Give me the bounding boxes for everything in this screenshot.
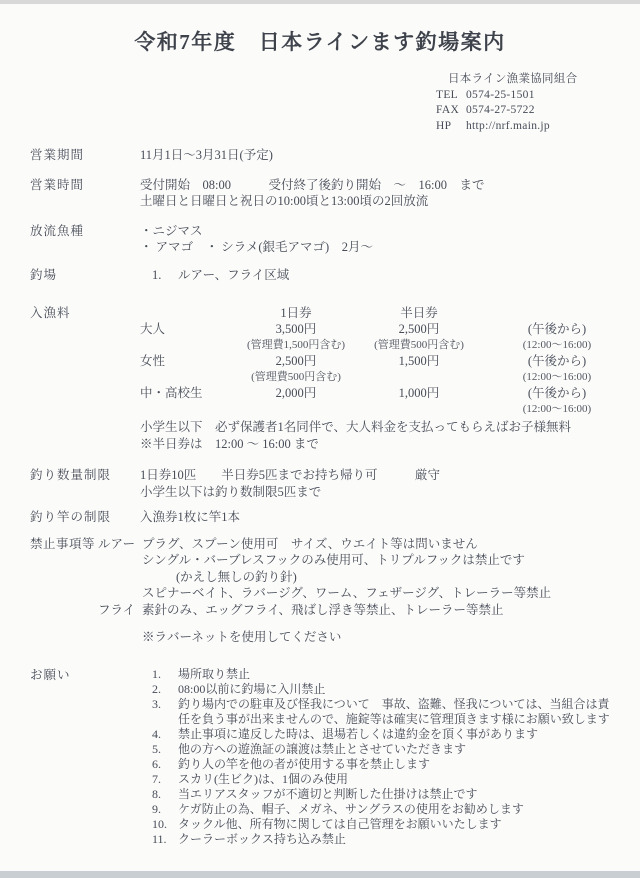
request-item: 4.禁止事項に違反した時は、退場若しくは違約金を頂く事があります (140, 727, 612, 742)
section-label: 営業期間 (30, 147, 140, 164)
fly-rule-line: 素針のみ、エッグフライ、飛ばし浮き等禁止、トレーラー等禁止 (142, 602, 612, 619)
item-text: ケガ防止の為、帽子、メガネ、サングラスの使用をお勧めします (178, 802, 612, 817)
section-business-hours: 営業時間 受付開始 08:00 受付終了後釣り開始 ～ 16:00 まで 土曜日… (0, 177, 640, 210)
organization-name: 日本ライン漁業協同組合 (436, 72, 614, 88)
hp-line: HPhttp://nrf.main.jp (436, 119, 614, 135)
business-hours-line1: 受付開始 08:00 受付終了後釣り開始 ～ 16:00 まで (140, 177, 612, 194)
section-label: お願い (30, 667, 140, 847)
item-number: 4. (152, 727, 178, 742)
item-number: 6. (152, 757, 178, 772)
fee-adult-sub-note: (12:00～16:00) (478, 337, 636, 353)
item-number: 11. (152, 832, 178, 847)
fee-header-day-ticket: 1日券 (232, 305, 360, 321)
request-item: 3.釣り場内での駐車及び怪我について 事故、盗難、怪我については、当組合は責任を… (140, 697, 612, 727)
fee-student-note: (午後から) (478, 385, 636, 401)
section-label: 禁止事項等 (30, 536, 98, 553)
fax-label: FAX (436, 103, 466, 119)
item-text: 08:00以前に釣場に入川禁止 (178, 682, 612, 697)
fee-adult-note: (午後から) (478, 321, 636, 337)
section-requests: お願い 1.場所取り禁止 2.08:00以前に釣場に入川禁止 3.釣り場内での駐… (0, 667, 640, 847)
section-prohibited: 禁止事項等 ルアー プラグ、スプーン使用可 サイズ、ウエイト等は問いません シン… (0, 536, 640, 646)
lure-rule-line: シングル・バーブレスフックのみ使用可、トリプルフックは禁止です (142, 552, 612, 569)
item-text: 釣り場内での駐車及び怪我について 事故、盗難、怪我については、当組合は責任を負う… (178, 697, 612, 727)
fee-adult-sub-day: (管理費1,500円含む) (232, 337, 360, 353)
lure-sublabel: ルアー (98, 536, 142, 553)
scan-edge-top (0, 0, 640, 4)
fee-women-sub-day: (管理費500円含む) (232, 369, 360, 385)
lure-rule-line: プラグ、スプーン使用可 サイズ、ウエイト等は問いません (142, 536, 612, 553)
item-text: スカリ(生ビク)は、1個のみ使用 (178, 772, 612, 787)
item-number: 10. (152, 817, 178, 832)
section-label: 営業時間 (30, 177, 140, 210)
scan-edge-bottom (0, 871, 640, 878)
section-fishing-area: 釣場 1. ルアー、フライ区域 (0, 267, 640, 284)
item-text: タックル他、所有物に関しては自己管理をお願いいたします (178, 817, 612, 832)
catch-limit-line2: 小学生以下は釣り数制限5匹まで (140, 484, 612, 501)
section-label: 釣り竿の制限 (30, 509, 140, 526)
request-item: 5.他の方への遊漁証の譲渡は禁止とさせていただきます (140, 742, 612, 757)
fee-header-half-day-ticket: 半日券 (360, 305, 478, 321)
item-number: 7. (152, 772, 178, 787)
fly-sublabel: フライ (98, 602, 142, 619)
item-number: 8. (152, 787, 178, 802)
fee-half-day-note: ※半日券は 12:00 ～ 16:00 まで (140, 436, 636, 452)
fish-line2: ・ アマゴ ・ シラメ(銀毛アマゴ) 2月～ (140, 239, 612, 256)
tel-number: 0574-25-1501 (466, 89, 535, 101)
rod-limit-value: 入漁券1枚に竿1本 (140, 509, 612, 526)
page-title: 令和7年度 日本ラインます釣場案内 (0, 26, 640, 56)
fee-student-sub-note: (12:00～16:00) (478, 401, 636, 417)
scanned-document-page: 令和7年度 日本ラインます釣場案内 日本ライン漁業協同組合 TEL0574-25… (0, 0, 640, 878)
item-text: 釣り人の竿を他の者が使用する事を禁止します (178, 757, 612, 772)
item-number: 1. (152, 667, 178, 682)
item-text: 他の方への遊漁証の譲渡は禁止とさせていただきます (178, 742, 612, 757)
request-item: 11.クーラーボックス持ち込み禁止 (140, 832, 612, 847)
request-item: 1.場所取り禁止 (140, 667, 612, 682)
request-item: 10.タックル他、所有物に関しては自己管理をお願いいたします (140, 817, 612, 832)
fishing-area-line: 1. ルアー、フライ区域 (140, 267, 612, 284)
catch-limit-line1: 1日券10匹 半日券5匹までお持ち帰り可 厳守 (140, 467, 612, 484)
hp-url: http://nrf.main.jp (466, 120, 550, 132)
item-number: 2. (152, 682, 178, 697)
fee-women-half: 1,500円 (360, 353, 478, 369)
request-item: 7.スカリ(生ビク)は、1個のみ使用 (140, 772, 612, 787)
section-fees: 入漁料 1日券 半日券 大人 3,500円 2,500円 (午後から) (管理費… (0, 305, 640, 452)
fee-row-name: 女性 (140, 353, 232, 369)
fee-table: 1日券 半日券 大人 3,500円 2,500円 (午後から) (管理費1,50… (140, 305, 636, 452)
fee-student-sub-day (232, 401, 360, 417)
item-text: 当エリアスタッフが不適切と判断した仕掛けは禁止です (178, 787, 612, 802)
section-business-period: 営業期間 11月1日～3月31日(予定) (0, 147, 640, 164)
rubber-net-note: ※ラバーネットを使用してください (142, 629, 612, 646)
section-label: 釣り数量制限 (30, 467, 140, 500)
tel-line: TEL0574-25-1501 (436, 88, 614, 104)
request-item: 6.釣り人の竿を他の者が使用する事を禁止します (140, 757, 612, 772)
fee-row-name: 大人 (140, 321, 232, 337)
section-catch-limit: 釣り数量制限 1日券10匹 半日券5匹までお持ち帰り可 厳守 小学生以下は釣り数… (0, 467, 640, 500)
item-text: 場所取り禁止 (178, 667, 612, 682)
item-number: 9. (152, 802, 178, 817)
business-period-value: 11月1日～3月31日(予定) (140, 147, 612, 164)
fee-child-note: 小学生以下 必ず保護者1名同伴で、大人料金を支払ってもらえばお子様無料 (140, 419, 636, 436)
section-label: 釣場 (30, 267, 140, 284)
lure-rule-line: スピナーベイト、ラバージグ、ワーム、フェザージグ、トレーラー等禁止 (142, 585, 612, 602)
request-item: 8.当エリアスタッフが不適切と判断した仕掛けは禁止です (140, 787, 612, 802)
request-item: 2.08:00以前に釣場に入川禁止 (140, 682, 612, 697)
contact-block: 日本ライン漁業協同組合 TEL0574-25-1501 FAX0574-27-5… (436, 72, 614, 134)
fax-number: 0574-27-5722 (466, 104, 535, 116)
tel-label: TEL (436, 88, 466, 104)
fee-adult-day: 3,500円 (232, 321, 360, 337)
fee-women-day: 2,500円 (232, 353, 360, 369)
fee-student-day: 2,000円 (232, 385, 360, 401)
fishing-area-text: ルアー、フライ区域 (178, 267, 289, 284)
fee-student-half: 1,000円 (360, 385, 478, 401)
section-label: 入漁料 (30, 305, 140, 452)
fee-adult-half: 2,500円 (360, 321, 478, 337)
item-text: クーラーボックス持ち込み禁止 (178, 832, 612, 847)
fee-adult-sub-half: (管理費500円含む) (360, 337, 478, 353)
request-item: 9.ケガ防止の為、帽子、メガネ、サングラスの使用をお勧めします (140, 802, 612, 817)
fish-line1: ・ニジマス (140, 223, 612, 240)
section-label: 放流魚種 (30, 223, 140, 256)
item-number: 3. (152, 697, 178, 727)
request-list: 1.場所取り禁止 2.08:00以前に釣場に入川禁止 3.釣り場内での駐車及び怪… (140, 667, 612, 847)
section-rod-limit: 釣り竿の制限 入漁券1枚に竿1本 (0, 509, 640, 526)
fee-women-sub-half (360, 369, 478, 385)
fee-women-note: (午後から) (478, 353, 636, 369)
lure-rule-line: (かえし無しの釣り針) (142, 569, 612, 586)
fee-student-sub-half (360, 401, 478, 417)
item-text: 禁止事項に違反した時は、退場若しくは違約金を頂く事があります (178, 727, 612, 742)
business-hours-line2: 土曜日と日曜日と祝日の10:00頃と13:00頃の2回放流 (140, 193, 612, 210)
item-number: 1. (152, 267, 178, 284)
item-number: 5. (152, 742, 178, 757)
fax-line: FAX0574-27-5722 (436, 103, 614, 119)
fee-row-name: 中・高校生 (140, 385, 232, 401)
fee-women-sub-note: (12:00～16:00) (478, 369, 636, 385)
section-stocked-fish: 放流魚種 ・ニジマス ・ アマゴ ・ シラメ(銀毛アマゴ) 2月～ (0, 223, 640, 256)
hp-label: HP (436, 119, 466, 135)
